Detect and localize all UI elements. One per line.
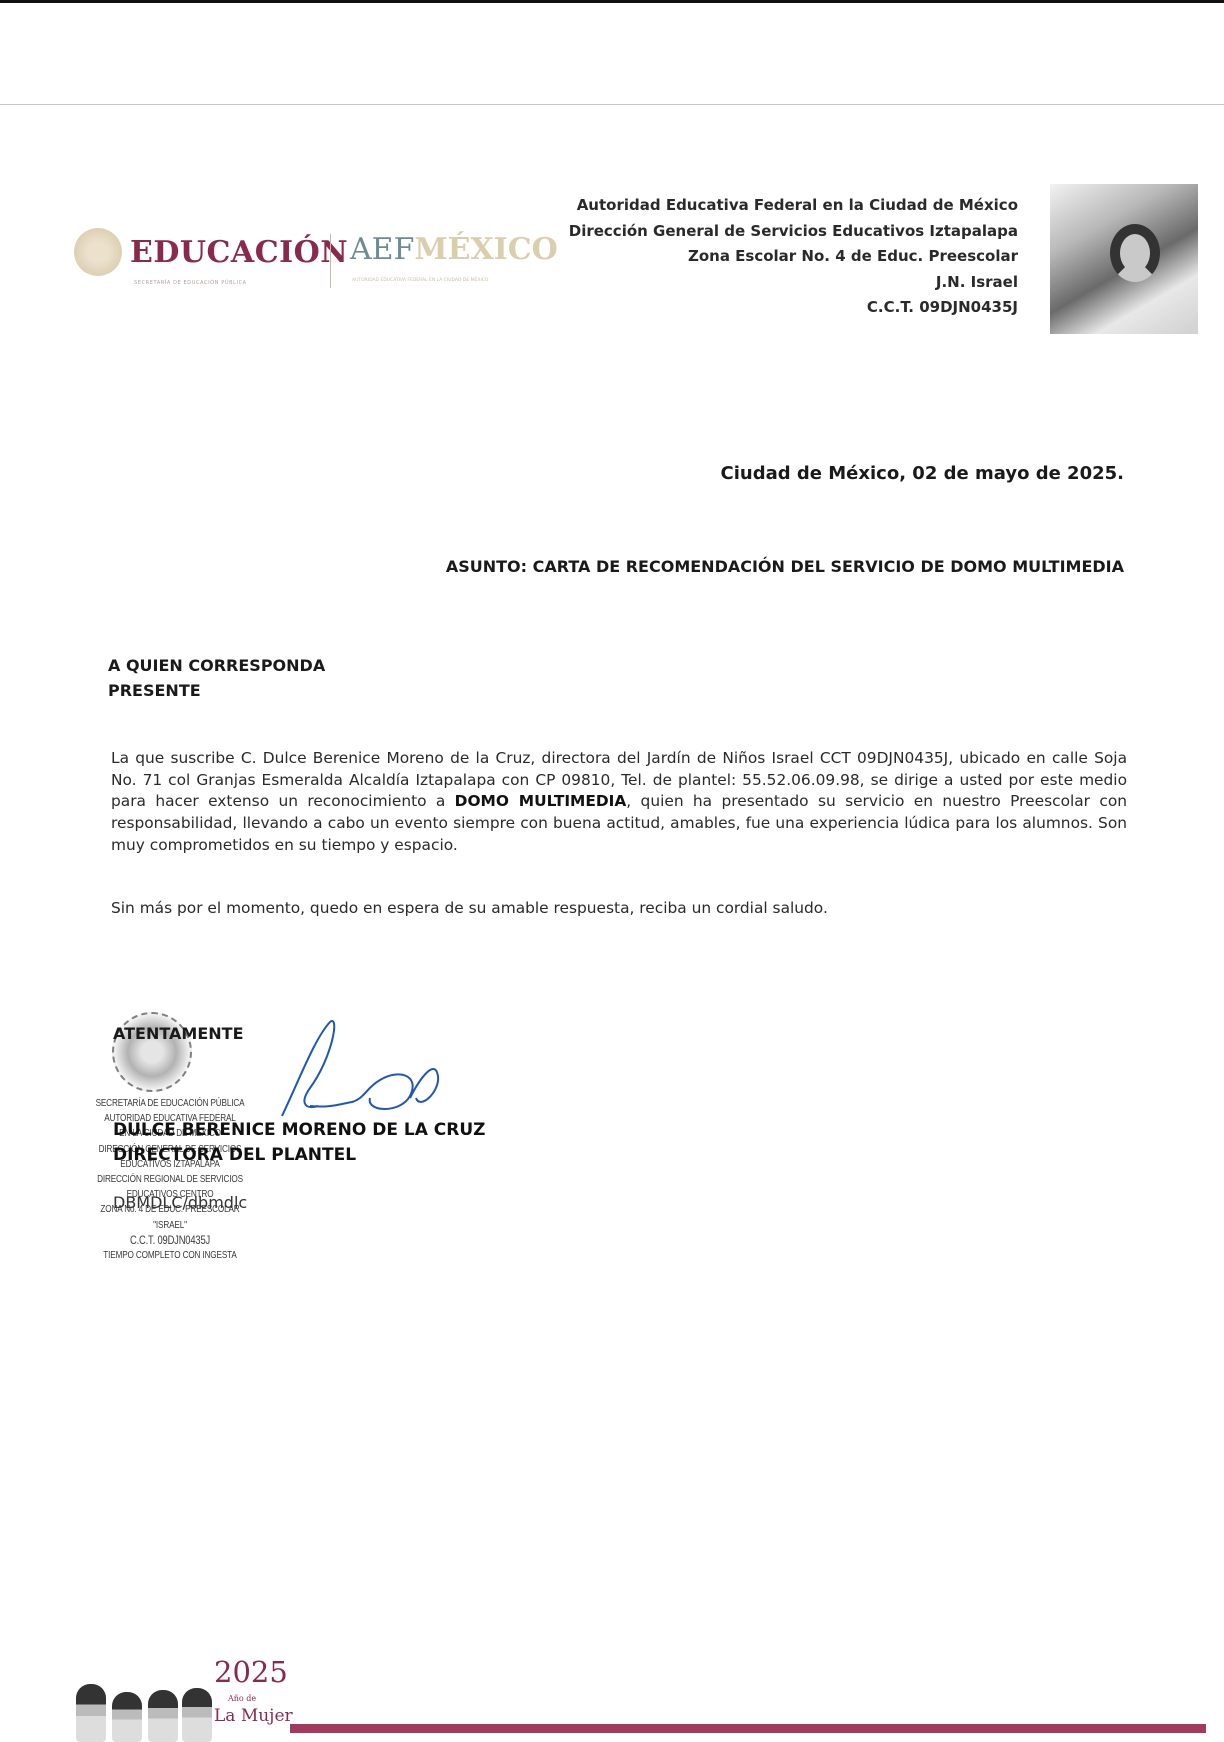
signatory: DULCE BERENICE MORENO DE LA CRUZ DIRECTO… xyxy=(113,1118,486,1168)
stamp-line: SECRETARÍA DE EDUCACIÓN PÚBLICA xyxy=(84,1096,256,1111)
letter-closing: Sin más por el momento, quedo en espera … xyxy=(111,899,828,917)
heroine-portrait-image xyxy=(1050,184,1198,334)
addressee: A QUIEN CORRESPONDA PRESENTE xyxy=(108,653,325,703)
header-line: C.C.T. 09DJN0435J xyxy=(569,295,1018,321)
institution-header: Autoridad Educativa Federal en la Ciudad… xyxy=(569,193,1018,321)
signatory-title: DIRECTORA DEL PLANTEL xyxy=(113,1143,486,1168)
header-line: Autoridad Educativa Federal en la Ciudad… xyxy=(569,193,1018,219)
letter-subject: ASUNTO: CARTA DE RECOMENDACIÓN DEL SERVI… xyxy=(446,557,1124,576)
portrait-face xyxy=(1110,224,1160,282)
header-line: Dirección General de Servicios Educativo… xyxy=(569,219,1018,245)
aef-mexico-logo: AEFMÉXICO xyxy=(350,232,558,267)
letter-body: La que suscribe C. Dulce Berenice Moreno… xyxy=(111,748,1127,857)
national-seal-icon xyxy=(74,228,122,276)
stamp-line: "ISRAEL" xyxy=(84,1218,256,1233)
scan-top-edge xyxy=(0,0,1224,3)
educacion-subtitle: SECRETARÍA DE EDUCACIÓN PÚBLICA xyxy=(134,280,247,286)
footer-year: 2025 xyxy=(214,1655,288,1689)
signatory-name: DULCE BERENICE MORENO DE LA CRUZ xyxy=(113,1118,486,1143)
women-illustration-image xyxy=(76,1684,224,1742)
addressee-line: PRESENTE xyxy=(108,678,325,703)
footer-la-mujer: La Mujer xyxy=(214,1706,293,1726)
aef-subtitle: AUTORIDAD EDUCATIVA FEDERAL EN LA CIUDAD… xyxy=(352,278,488,283)
stamp-line: DIRECCIÓN REGIONAL DE SERVICIOS xyxy=(84,1172,256,1187)
footer-accent-bar xyxy=(290,1724,1206,1733)
handwritten-signature xyxy=(270,1018,450,1118)
aef-wordmark: AEF xyxy=(350,232,414,267)
atentamente-label: ATENTAMENTE xyxy=(113,1024,244,1043)
letter-date: Ciudad de México, 02 de mayo de 2025. xyxy=(721,463,1124,484)
header-line: Zona Escolar No. 4 de Educ. Preescolar xyxy=(569,244,1018,270)
educacion-logo: EDUCACIÓN xyxy=(74,228,348,276)
stamp-line: C.C.T. 09DJN0435J xyxy=(84,1233,256,1248)
body-highlight: DOMO MULTIMEDIA xyxy=(455,792,627,810)
footer-ano-de: Año de xyxy=(228,1694,256,1703)
header-line: J.N. Israel xyxy=(569,270,1018,296)
addressee-line: A QUIEN CORRESPONDA xyxy=(108,653,325,678)
reference-initials: DBMDLC/dbmdlc xyxy=(113,1193,247,1212)
logo-divider xyxy=(330,234,331,288)
page-top-line xyxy=(0,104,1224,105)
mexico-wordmark: MÉXICO xyxy=(414,232,557,267)
educacion-wordmark: EDUCACIÓN xyxy=(130,235,348,270)
stamp-line: TIEMPO COMPLETO CON INGESTA xyxy=(84,1248,256,1263)
